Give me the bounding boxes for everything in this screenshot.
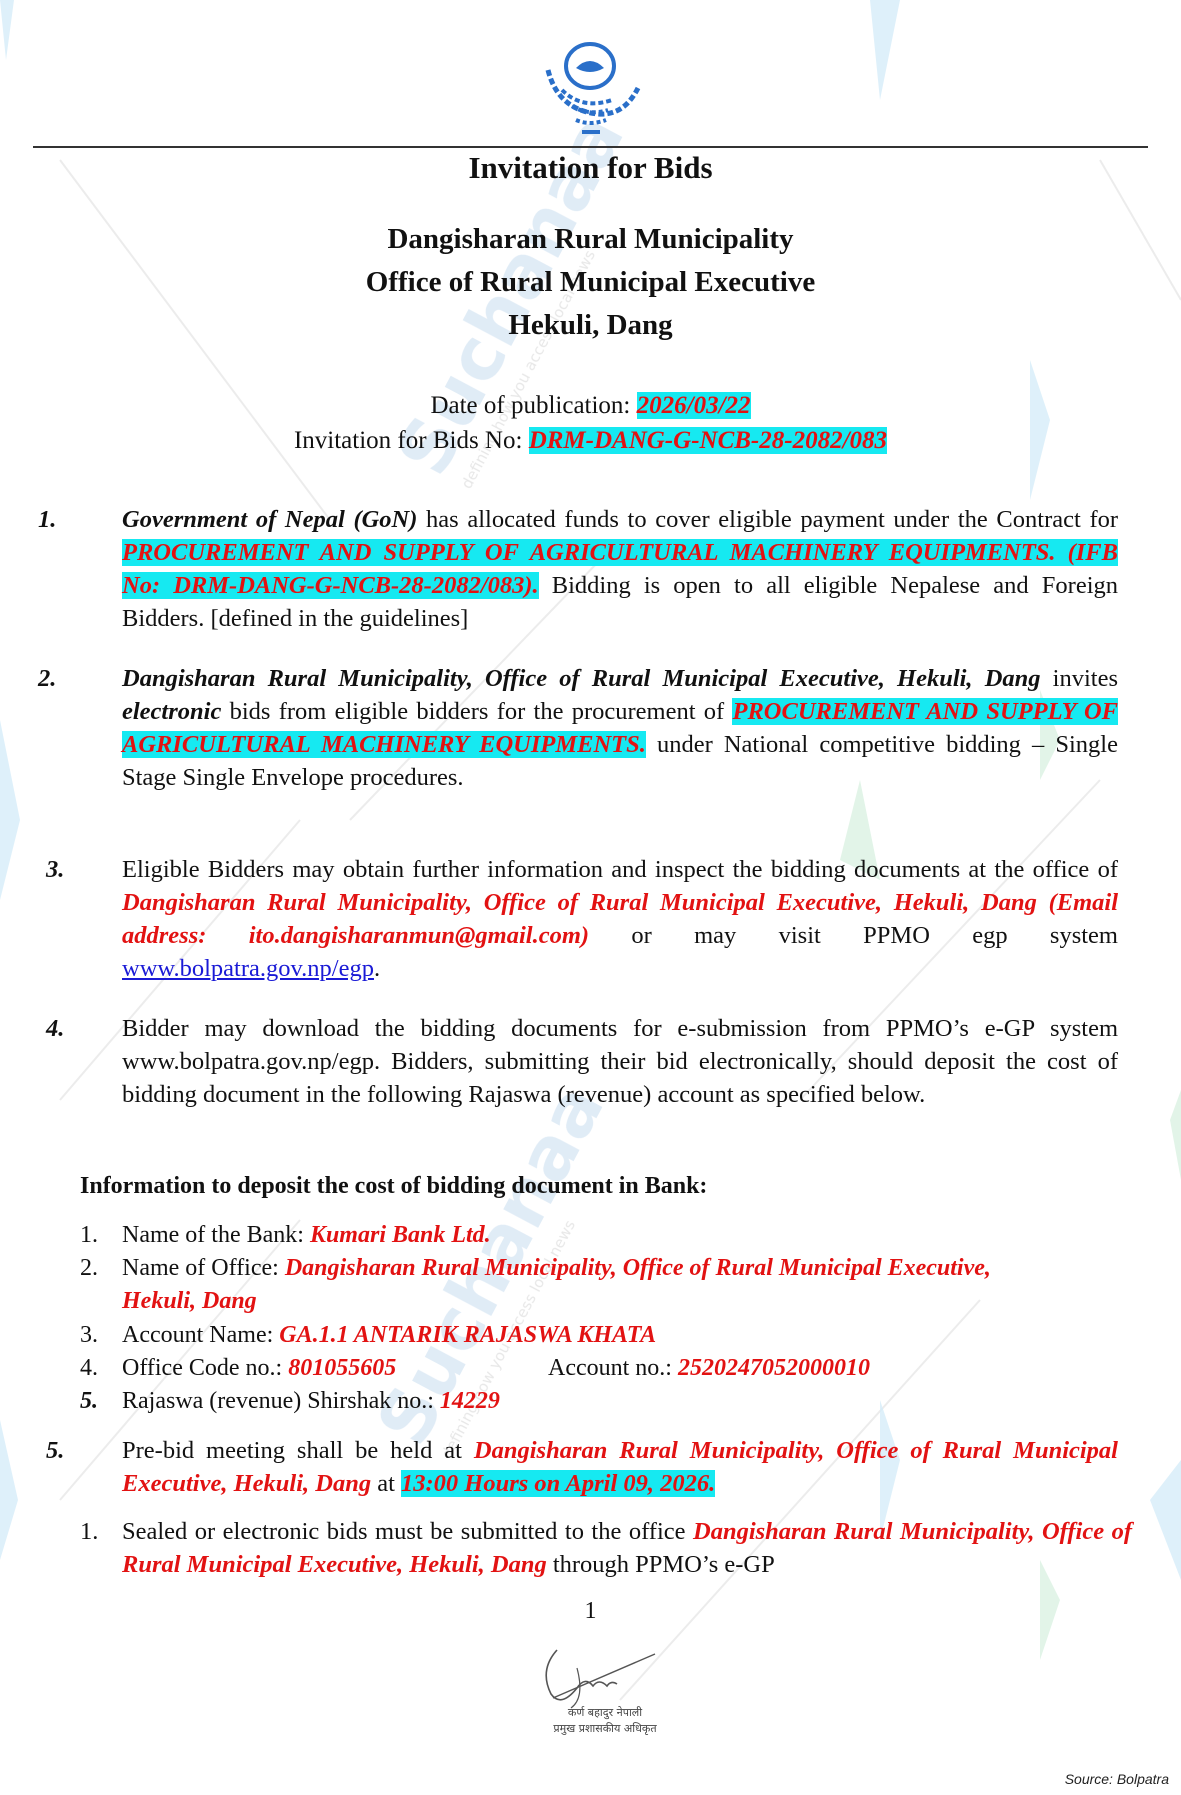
ifb-number-value: DRM-DANG-G-NCB-28-2082/083	[529, 427, 887, 454]
bank-item-number: 2.	[80, 1252, 122, 1285]
clause-1-text: has allocated funds to cover eligible pa…	[417, 506, 1118, 533]
bank-info-heading: Information to deposit the cost of biddi…	[80, 1170, 707, 1203]
shirshak-number-value: 14229	[440, 1388, 500, 1414]
ifb-number-row: Invitation for Bids No: DRM-DANG-G-NCB-2…	[0, 423, 1181, 458]
clause-number: 1.	[38, 503, 56, 536]
electronic-emphasis: electronic	[122, 698, 221, 725]
account-number-value: 2520247052000010	[678, 1355, 870, 1381]
svg-text:प्रमुख प्रशासकीय अधिकृत: प्रमुख प्रशासकीय अधिकृत	[553, 1722, 657, 1735]
publication-meta: Date of publication: 2026/03/22 Invitati…	[0, 388, 1181, 458]
office-code-value: 801055605	[288, 1355, 396, 1381]
meeting-time: 13:00 Hours on April 09, 2026.	[401, 1470, 715, 1497]
office-line: Dangisharan Rural Municipality	[0, 218, 1181, 261]
source-caption: Source: Bolpatra	[1065, 1771, 1169, 1787]
account-number-group: Account no.: 2520247052000010	[548, 1352, 870, 1385]
clause-number: 1.	[80, 1515, 98, 1548]
clause-5-text: Pre-bid meeting shall be held at	[122, 1437, 474, 1464]
bank-item-label: Account no.:	[548, 1355, 678, 1381]
document-page: Invitation for Bids Dangisharan Rural Mu…	[0, 0, 1181, 1795]
clause-2-lead: Dangisharan Rural Municipality, Office o…	[122, 665, 1041, 692]
clause-4: Bidder may download the bidding document…	[122, 1012, 1118, 1111]
signature-stamp-icon: कर्ण बहादुर नेपाली प्रमुख प्रशासकीय अधिक…	[535, 1638, 675, 1738]
bank-item-label: Rajaswa (revenue) Shirshak no.:	[122, 1388, 440, 1414]
publication-date-value: 2026/03/22	[637, 392, 751, 419]
municipality-emblem-icon	[528, 30, 648, 142]
bank-item-label: Office Code no.:	[122, 1355, 288, 1381]
publication-date-row: Date of publication: 2026/03/22	[0, 388, 1181, 423]
bank-item-number: 4.	[80, 1352, 122, 1385]
clause-5: Pre-bid meeting shall be held at Dangish…	[122, 1434, 1118, 1500]
clause-6-text: Sealed or electronic bids must be submit…	[122, 1518, 693, 1545]
account-name-value: GA.1.1 ANTARIK RAJASWA KHATA	[279, 1322, 656, 1348]
office-name-value: Hekuli, Dang	[80, 1285, 1140, 1318]
bank-item: 2.Name of Office: Dangisharan Rural Muni…	[80, 1252, 1140, 1318]
egp-link[interactable]: www.bolpatra.gov.np/egp	[122, 955, 374, 982]
ifb-number-label: Invitation for Bids No:	[294, 427, 529, 454]
clause-3-text: or may visit PPMO egp system	[589, 922, 1118, 949]
office-line: Hekuli, Dang	[0, 304, 1181, 347]
office-name-value: Dangisharan Rural Municipality, Office o…	[285, 1255, 991, 1281]
bank-item-label: Name of the Bank:	[122, 1222, 310, 1248]
page-title: Invitation for Bids	[0, 148, 1181, 188]
clause-6: Sealed or electronic bids must be submit…	[122, 1515, 1132, 1581]
bank-item-label: Account Name:	[122, 1322, 279, 1348]
bank-item-number: 3.	[80, 1319, 122, 1352]
bank-item-number: 1.	[80, 1219, 122, 1252]
clause-1: Government of Nepal (GoN) has allocated …	[122, 503, 1118, 635]
svg-text:कर्ण बहादुर नेपाली: कर्ण बहादुर नेपाली	[568, 1706, 642, 1720]
clause-number: 4.	[46, 1012, 64, 1045]
clause-5-text: at	[371, 1470, 401, 1497]
bank-item: 5.Rajaswa (revenue) Shirshak no.: 14229	[80, 1385, 1140, 1418]
bank-item-label: Name of Office:	[122, 1255, 285, 1281]
bank-item-number: 5.	[80, 1385, 122, 1418]
bank-item: 4.Office Code no.: 801055605 Account no.…	[80, 1352, 1140, 1385]
clause-number: 5.	[46, 1434, 64, 1467]
bank-item: 3.Account Name: GA.1.1 ANTARIK RAJASWA K…	[80, 1319, 1140, 1352]
clause-2-text: invites	[1041, 665, 1118, 692]
clause-2: Dangisharan Rural Municipality, Office o…	[122, 662, 1118, 794]
clause-3-text: Eligible Bidders may obtain further info…	[122, 856, 1118, 883]
clause-number: 2.	[38, 662, 56, 695]
bank-item: 1.Name of the Bank: Kumari Bank Ltd.	[80, 1219, 1140, 1252]
clause-3: Eligible Bidders may obtain further info…	[122, 853, 1118, 985]
clause-3-text: .	[374, 955, 380, 982]
office-line: Office of Rural Municipal Executive	[0, 261, 1181, 304]
clause-number: 3.	[46, 853, 64, 886]
clause-6-text: through PPMO’s e-GP	[547, 1551, 775, 1578]
issuing-office: Dangisharan Rural Municipality Office of…	[0, 218, 1181, 347]
clause-2-text: bids from eligible bidders for the procu…	[221, 698, 732, 725]
bank-name-value: Kumari Bank Ltd.	[310, 1222, 491, 1248]
publication-date-label: Date of publication:	[430, 392, 636, 419]
page-number: 1	[0, 1598, 1181, 1625]
clause-1-lead: Government of Nepal (GoN)	[122, 506, 417, 533]
